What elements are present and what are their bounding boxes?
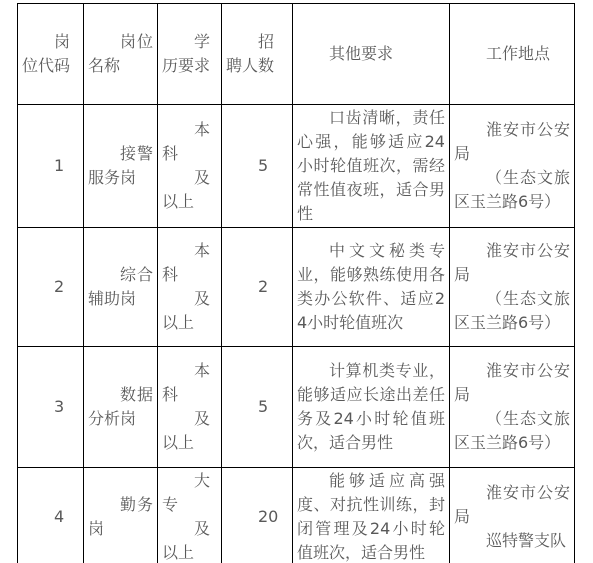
education-requirement: 及以上 [162,407,217,455]
other-requirements: 中文文秘类专业，能够熟练使用各类办公软件、适应24小时轮值班次 [297,239,445,335]
cell-education: 本科 及以上 [158,105,222,228]
header-cell-location: 工作地点 [450,4,575,105]
position-name: 综合辅助岗 [88,263,153,311]
education-requirement: 及以上 [162,166,217,214]
recruit-count: 20 [226,505,288,529]
cell-code: 1 [18,105,84,228]
position-name: 数据分析岗 [88,383,153,431]
position-name: 勤务岗 [88,493,153,541]
table-row: 1 接警服务岗 本科 及以上 5 口齿清晰，责任心强，能够适应24小时轮值班次，… [18,105,575,228]
other-requirements: 口齿清晰，责任心强，能够适应24小时轮值班次，需经常性值夜班，适合男性 [297,106,445,226]
education-requirement: 本科 [162,118,217,166]
table-row: 3 数据分析岗 本科 及以上 5 计算机类专业，能够适应长途出差任务及24小时轮… [18,347,575,468]
table-row: 4 勤务岗 大专 及以上 20 能够适应高强度、对抗性训练，封闭管理及24小时轮… [18,468,575,563]
work-location: 巡特警支队 [454,529,570,553]
education-requirement: 大专 [162,469,217,517]
recruit-count: 5 [226,395,288,419]
cell-name: 综合辅助岗 [84,228,158,347]
cell-other: 口齿清晰，责任心强，能够适应24小时轮值班次，需经常性值夜班，适合男性 [293,105,450,228]
position-code: 3 [22,395,79,419]
header-cell-other: 其他要求 [293,4,450,105]
cell-count: 5 [222,105,293,228]
header-cell-education: 学历要求 [158,4,222,105]
work-location: 淮安市公安局 [454,239,570,287]
header-row: 岗位代码 岗位名称 学历要求 招聘人数 其他要求 工作地点 [18,4,575,105]
cell-education: 大专 及以上 [158,468,222,563]
education-requirement: 及以上 [162,287,217,335]
cell-count: 20 [222,468,293,563]
header-label-education: 学历要求 [162,30,217,78]
header-label-code: 岗位代码 [22,30,79,78]
cell-code: 2 [18,228,84,347]
work-location: 淮安市公安局 [454,118,570,166]
cell-name: 数据分析岗 [84,347,158,468]
cell-count: 5 [222,347,293,468]
cell-other: 计算机类专业，能够适应长途出差任务及24小时轮值班次，适合男性 [293,347,450,468]
cell-other: 中文文秘类专业，能够熟练使用各类办公软件、适应24小时轮值班次 [293,228,450,347]
work-location: 淮安市公安局 [454,481,570,529]
cell-location: 淮安市公安局 （生态文旅区玉兰路6号） [450,228,575,347]
header-label-name: 岗位名称 [88,30,153,78]
cell-education: 本科 及以上 [158,228,222,347]
work-location: 淮安市公安局 [454,359,570,407]
other-requirements: 能够适应高强度、对抗性训练，封闭管理及24小时轮值班次，适合男性 [297,469,445,563]
cell-code: 3 [18,347,84,468]
header-label-location: 工作地点 [454,42,570,66]
education-requirement: 本科 [162,239,217,287]
work-location: （生态文旅区玉兰路6号） [454,166,570,214]
position-code: 4 [22,505,79,529]
education-requirement: 及以上 [162,517,217,563]
page: 岗位代码 岗位名称 学历要求 招聘人数 其他要求 工作地点 1 接警服务岗 本科… [0,0,593,563]
position-code: 2 [22,275,79,299]
cell-code: 4 [18,468,84,563]
work-location: （生态文旅区玉兰路6号） [454,407,570,455]
header-label-count: 招聘人数 [226,30,288,78]
header-cell-code: 岗位代码 [18,4,84,105]
recruit-count: 2 [226,275,288,299]
cell-name: 勤务岗 [84,468,158,563]
position-name: 接警服务岗 [88,142,153,190]
education-requirement: 本科 [162,359,217,407]
cell-location: 淮安市公安局 （生态文旅区玉兰路6号） [450,347,575,468]
cell-name: 接警服务岗 [84,105,158,228]
table-row: 2 综合辅助岗 本科 及以上 2 中文文秘类专业，能够熟练使用各类办公软件、适应… [18,228,575,347]
cell-other: 能够适应高强度、对抗性训练，封闭管理及24小时轮值班次，适合男性 [293,468,450,563]
header-cell-count: 招聘人数 [222,4,293,105]
position-code: 1 [22,154,79,178]
header-cell-name: 岗位名称 [84,4,158,105]
other-requirements: 计算机类专业，能够适应长途出差任务及24小时轮值班次，适合男性 [297,359,445,455]
cell-education: 本科 及以上 [158,347,222,468]
recruitment-table: 岗位代码 岗位名称 学历要求 招聘人数 其他要求 工作地点 1 接警服务岗 本科… [17,3,575,563]
cell-location: 淮安市公安局 （生态文旅区玉兰路6号） [450,105,575,228]
work-location: （生态文旅区玉兰路6号） [454,287,570,335]
cell-count: 2 [222,228,293,347]
cell-location: 淮安市公安局 巡特警支队 [450,468,575,563]
header-label-other: 其他要求 [297,42,445,66]
recruit-count: 5 [226,154,288,178]
